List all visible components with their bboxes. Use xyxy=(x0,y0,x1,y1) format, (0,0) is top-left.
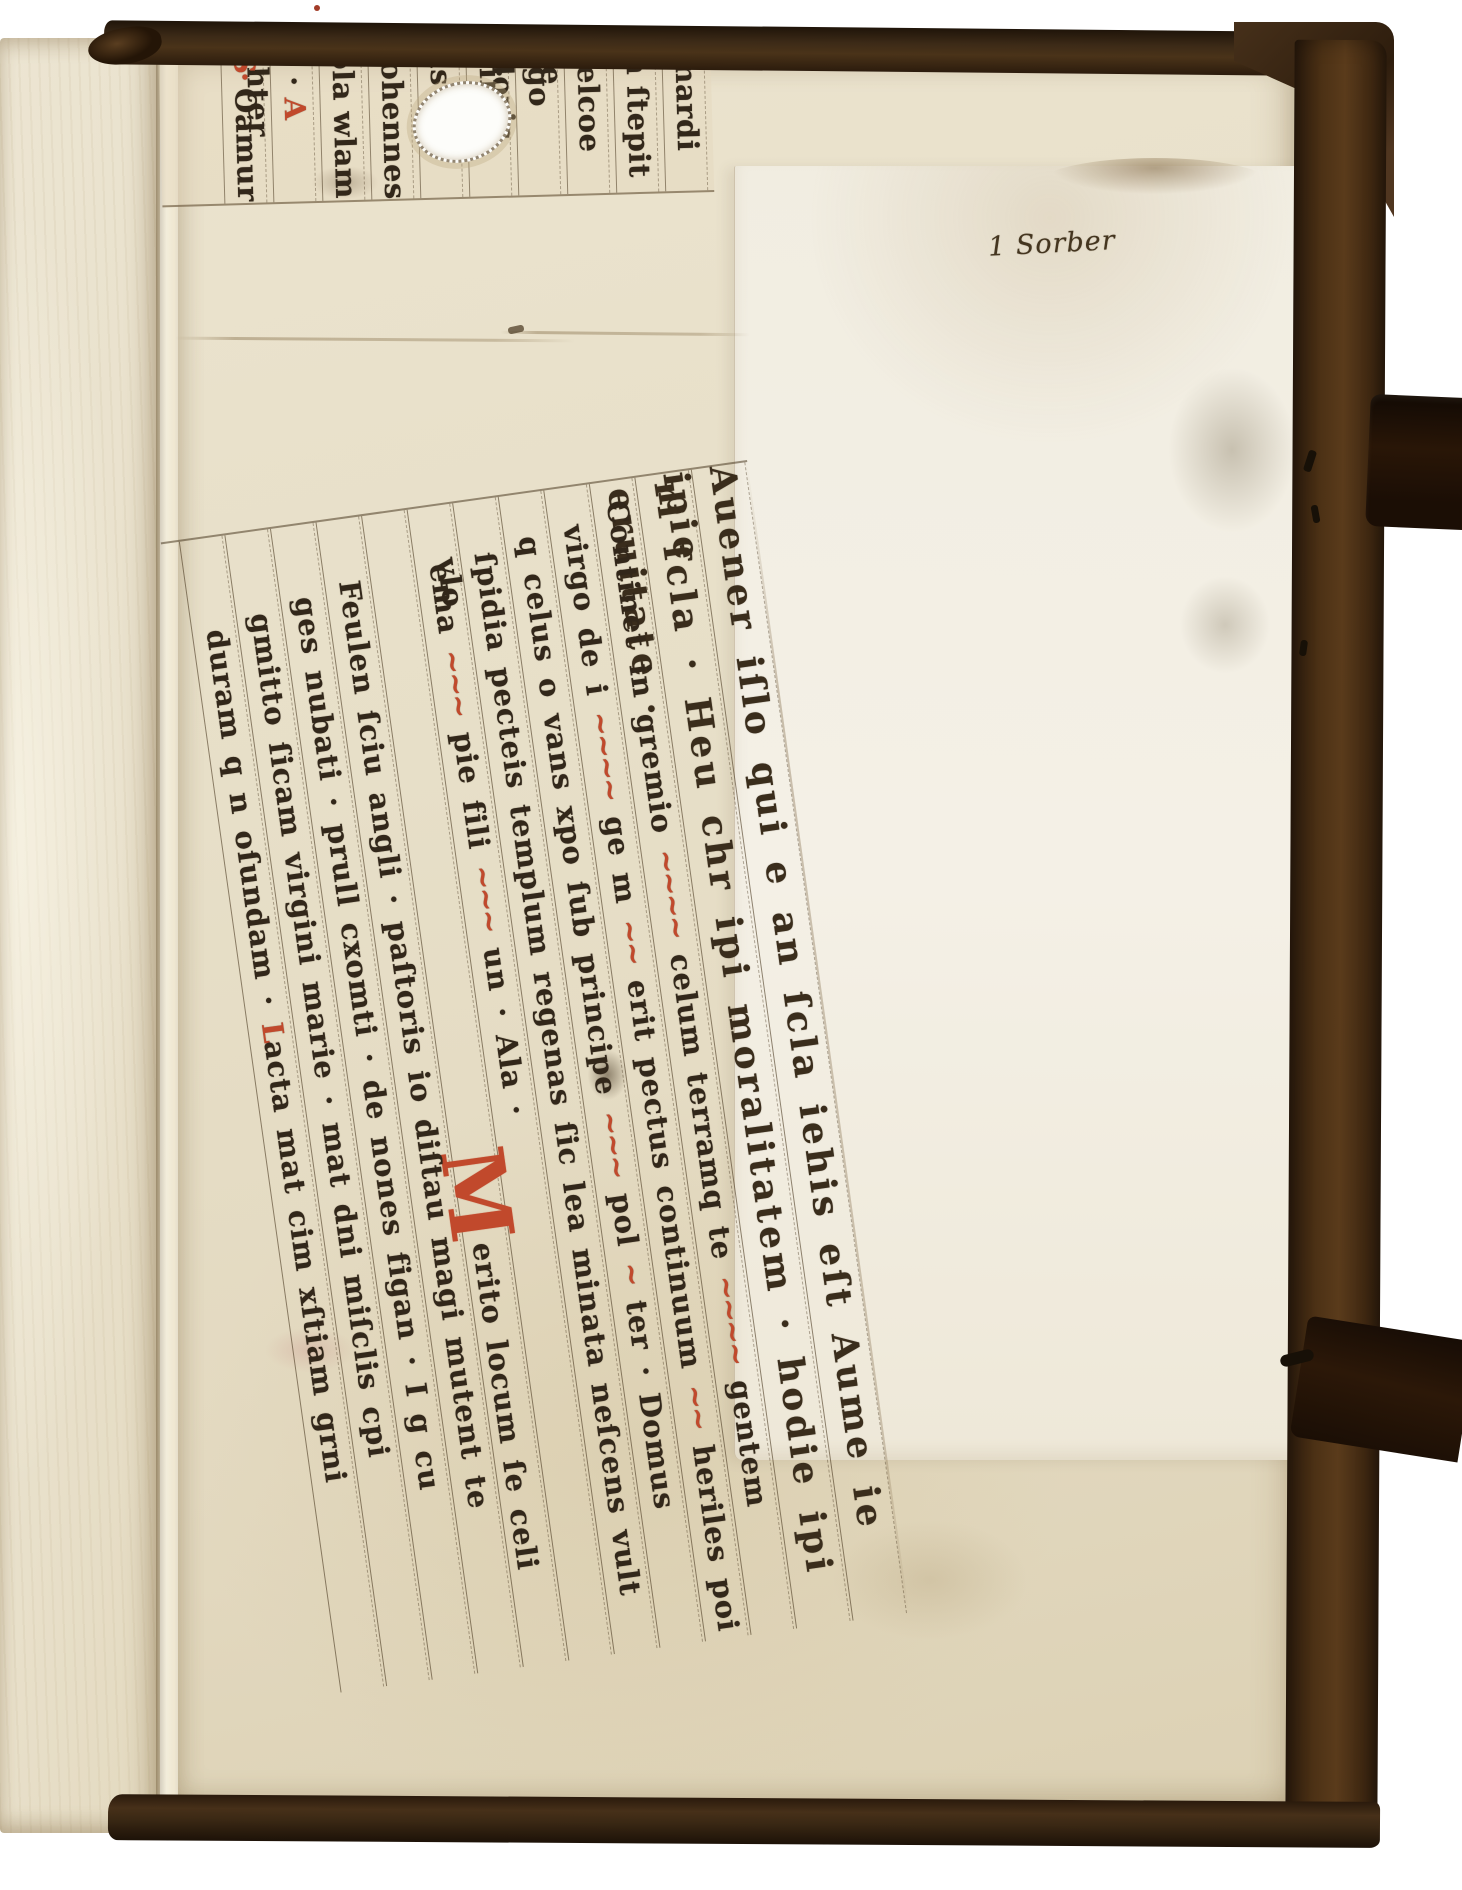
stain xyxy=(1130,340,1300,560)
rubric-segment: ~~~ xyxy=(465,863,508,934)
text-segment: ola wlam xyxy=(325,50,363,200)
stain xyxy=(1040,158,1270,208)
facing-vellum-page xyxy=(0,38,160,1833)
manuscript-line: S· Oamur xyxy=(220,52,267,203)
leather-strap-upper xyxy=(1365,394,1462,530)
text-segment: iohennes xyxy=(374,48,412,200)
manuscript-line: iohennes xyxy=(367,48,414,199)
text-segment: Oamur xyxy=(228,88,265,203)
rubric-segment: ~~ xyxy=(677,1382,717,1431)
leather-bottom-edge xyxy=(108,1794,1380,1848)
rubric-segment: ~~~ xyxy=(592,1109,635,1180)
rubric-segment: ~~~ xyxy=(435,648,478,719)
manuscript-line: t · A Ihter xyxy=(269,51,316,202)
manuscript-photo: 1 Sorber nnardiin ſtepituelcoe nengo elo… xyxy=(0,0,1462,1890)
red-speck xyxy=(314,5,320,11)
manuscript-line: ola wlam xyxy=(318,50,365,201)
leather-right-cover xyxy=(1285,40,1386,1832)
stain xyxy=(1165,560,1285,690)
rubric-segment: A xyxy=(277,97,312,118)
rubric-segment: ~~ xyxy=(612,917,652,966)
